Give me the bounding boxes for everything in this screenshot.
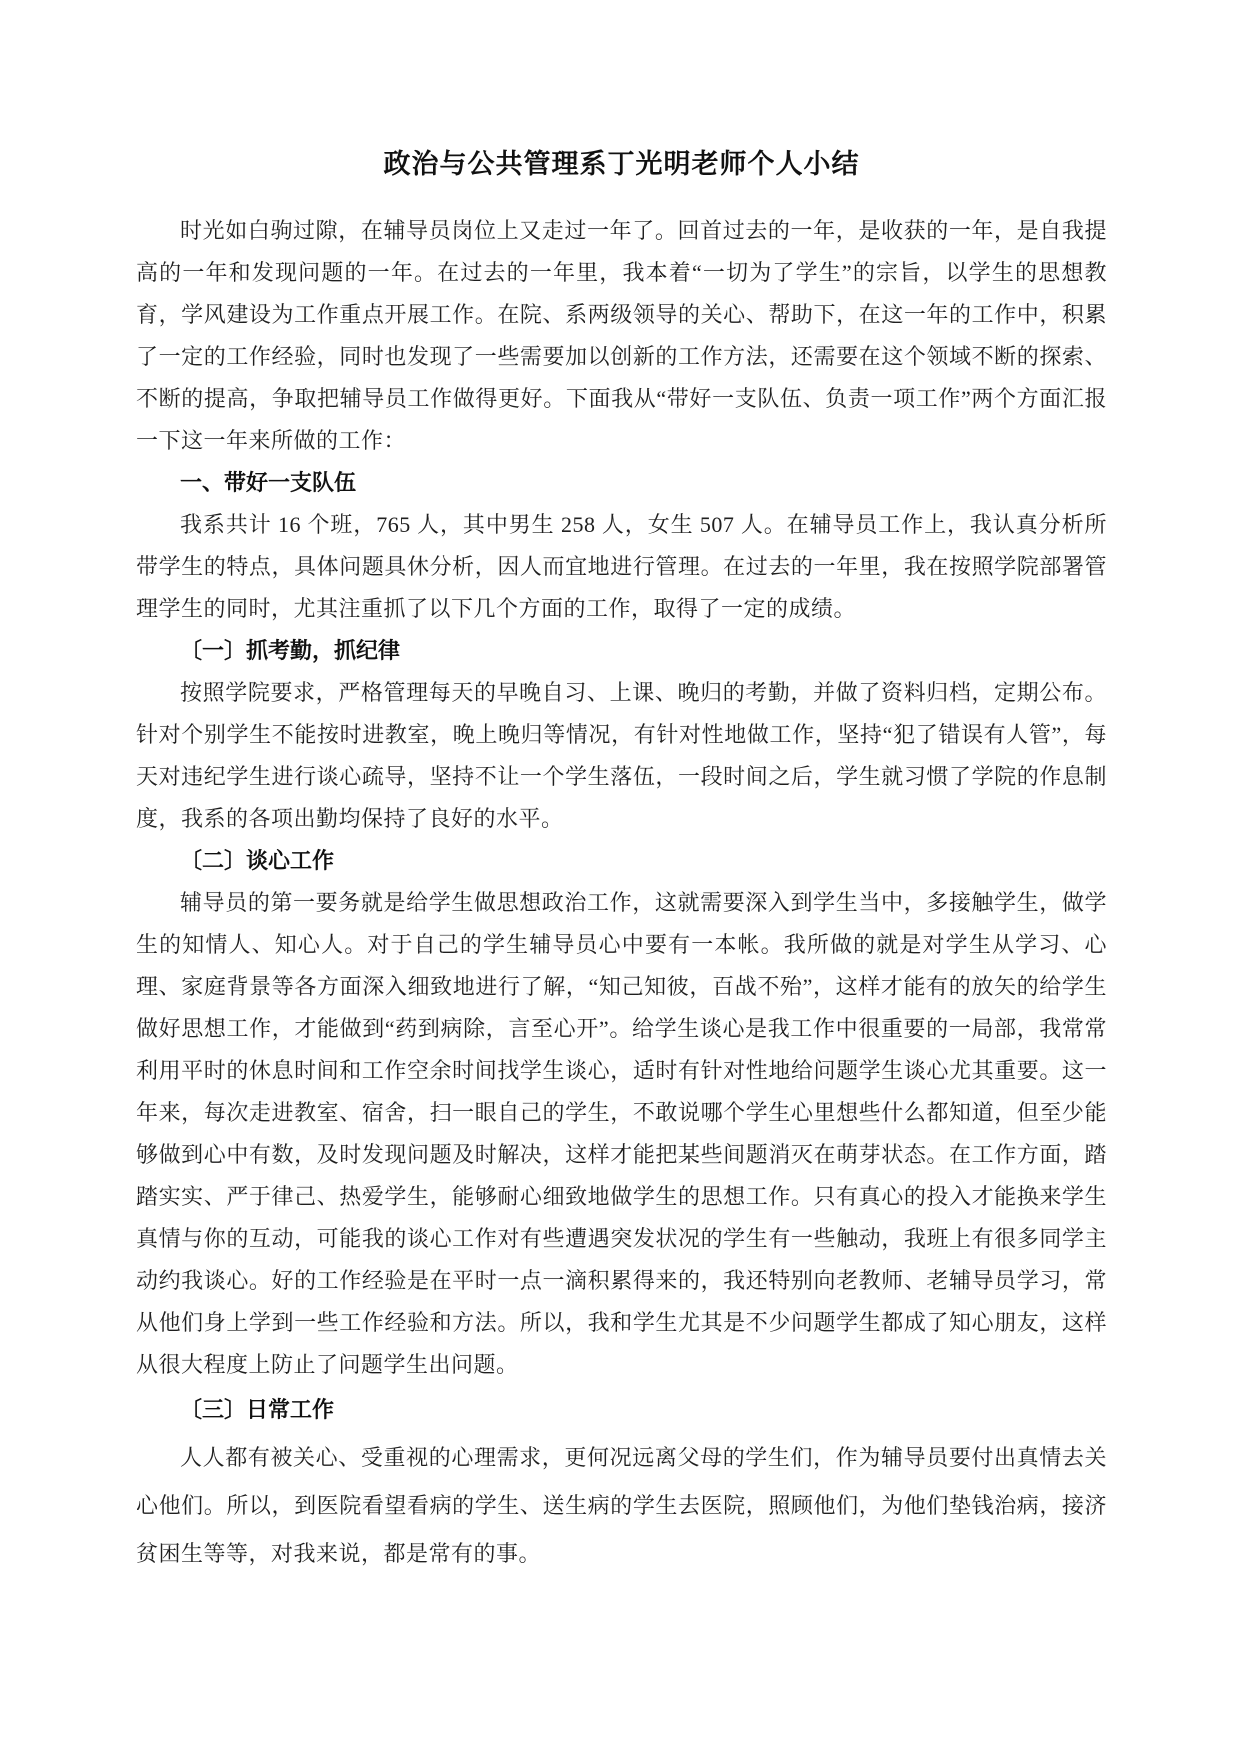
subsection-2-heading: 〔二〕谈心工作 xyxy=(136,840,1107,882)
section-1-paragraph: 我系共计 16 个班，765 人，其中男生 258 人，女生 507 人。在辅导… xyxy=(136,504,1107,630)
subsection-3-heading: 〔三〕日常工作 xyxy=(136,1386,1107,1434)
subsection-2-paragraph: 辅导员的第一要务就是给学生做思想政治工作，这就需要深入到学生当中，多接触学生，做… xyxy=(136,882,1107,1386)
document-page: 政治与公共管理系丁光明老师个人小结 时光如白驹过隙，在辅导员岗位上又走过一年了。… xyxy=(0,0,1241,1754)
subsection-3-paragraph: 人人都有被关心、受重视的心理需求，更何况远离父母的学生们，作为辅导员要付出真情去… xyxy=(136,1434,1107,1578)
document-title: 政治与公共管理系丁光明老师个人小结 xyxy=(136,142,1107,186)
intro-paragraph: 时光如白驹过隙，在辅导员岗位上又走过一年了。回首过去的一年，是收获的一年，是自我… xyxy=(136,210,1107,462)
subsection-1-heading: 〔一〕抓考勤，抓纪律 xyxy=(136,630,1107,672)
subsection-1-paragraph: 按照学院要求，严格管理每天的早晚自习、上课、晚归的考勤，并做了资料归档，定期公布… xyxy=(136,672,1107,840)
section-1-heading: 一、带好一支队伍 xyxy=(136,462,1107,504)
